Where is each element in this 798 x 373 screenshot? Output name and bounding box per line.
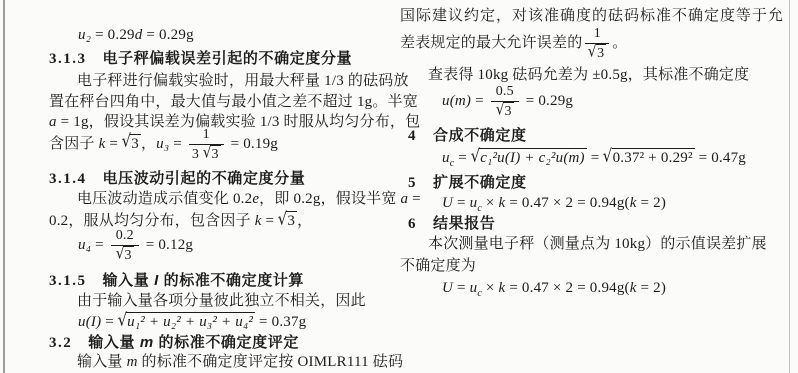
- text-run: 电子秤进行偏载实验时，用最大秤量 1/3 的砝码放: [77, 73, 409, 89]
- text-run: 不确定度为: [400, 258, 476, 274]
- formula-um: u(m) = 0.5√3 = 0.29g: [442, 82, 573, 120]
- sqrt-symbol: √: [588, 43, 597, 63]
- fraction-numerator: 0.5: [491, 84, 519, 102]
- fraction-denominator: √3: [585, 44, 609, 62]
- fraction-numerator: 0.2: [111, 228, 139, 246]
- page-edge-line-right: [789, 0, 790, 373]
- para-r6-line2: 不确定度为: [400, 256, 476, 277]
- variable: m: [127, 354, 138, 370]
- radicand: u₁² + u₂² + u₃² + u₄²: [126, 312, 255, 330]
- heading-title: 输入量: [88, 334, 140, 351]
- sqrt-radical: √3: [122, 136, 141, 152]
- text-run: ，: [141, 136, 156, 152]
- sqrt-radical: √3: [116, 248, 134, 263]
- text-run: =: [587, 150, 604, 166]
- text-run: = 0.19g: [227, 136, 278, 152]
- right-column: 国际建议约定，对该准确度的砝码标准不确定度等于允 差表规定的最大允许误差的1√3…: [400, 0, 788, 373]
- text-run: 的标准不确定度评定按 OIMLR111 砝码: [138, 354, 404, 370]
- text-run: = 0.37g: [255, 314, 306, 330]
- para-r1-line2: 差表规定的最大允许误差的1√3。: [400, 24, 628, 62]
- heading-3-1-3: 3.1.3电子秤偏载误差引起的不确定度分量: [49, 48, 352, 70]
- variable: k: [630, 195, 637, 211]
- left-column: u₂ = 0.29d = 0.29g 3.1.3电子秤偏载误差引起的不确定度分量…: [49, 0, 397, 373]
- text-run: =: [101, 314, 118, 330]
- sqrt-radical: √3: [278, 213, 297, 229]
- fraction-denominator: √3: [491, 102, 519, 120]
- heading-3-1-4: 3.1.4电压波动引起的不确定度分量: [49, 168, 305, 190]
- text-run: ，: [297, 213, 312, 229]
- heading-4: 4合成不确定度: [408, 125, 527, 147]
- text-run: =: [454, 150, 471, 166]
- heading-3-2: 3.2输入量 m 的标准不确定度评定: [49, 332, 299, 354]
- text-run: = 0.47g: [695, 150, 746, 166]
- fraction: 13 √3: [189, 127, 224, 163]
- text-run: = 0.47 × 2 = 0.94g(: [505, 195, 629, 211]
- formula-uI: u(I) = √u₁² + u₂² + u₃² + u₄² = 0.37g: [78, 310, 306, 334]
- heading-title: 结果报告: [433, 215, 495, 232]
- heading-number: 3.1.5: [49, 273, 87, 289]
- heading-title: 的标准不确定度评定: [154, 334, 299, 351]
- text-run: = 0.47 × 2 = 0.94g(: [505, 280, 629, 296]
- heading-number: 5: [408, 175, 417, 191]
- sqrt-symbol: √: [115, 245, 124, 265]
- text-run: ×: [482, 280, 499, 296]
- heading-title: 输入量: [103, 272, 155, 289]
- radicand: 3: [596, 44, 606, 61]
- sqrt-symbol: √: [471, 142, 481, 171]
- heading-number: 3.1.4: [49, 171, 87, 187]
- heading-title: 电压波动引起的不确定度分量: [103, 170, 306, 187]
- para-314-line1: 电压波动造成示值变化 0.2e，即 0.2g，假设半宽 a =: [77, 189, 421, 210]
- para-32-line1: 输入量 m 的标准不确定度评定按 OIMLR111 砝码: [77, 352, 403, 373]
- fraction-numerator: 1: [585, 26, 609, 44]
- heading-3-1-5: 3.1.5输入量 I 的标准不确定度计算: [49, 270, 304, 292]
- heading-number: 3.1.3: [49, 51, 87, 67]
- text-run: =: [453, 195, 470, 211]
- text-run: 查表得 10kg 砝码允差为 ±0.5g，其标准不确定度: [428, 67, 749, 83]
- fraction: 0.2√3: [111, 228, 139, 264]
- text-run: 。: [612, 35, 627, 51]
- text-run: =: [91, 237, 108, 253]
- variable: m: [140, 334, 154, 351]
- fraction: 1√3: [585, 26, 609, 62]
- text-run: 电压波动造成示值变化 0.2: [77, 191, 252, 207]
- text-run: 含因子: [49, 136, 99, 152]
- text-run: = 0.29: [91, 27, 135, 43]
- text-run: ，即 0.2g，假设半宽: [259, 191, 400, 207]
- radicand: c₁²u(I) + c₂²u(m): [479, 148, 587, 166]
- sqrt-symbol: √: [278, 207, 288, 233]
- radicand: 0.37² + 0.29²: [612, 148, 695, 166]
- text-run: =: [453, 280, 470, 296]
- variable: u₃: [156, 136, 169, 152]
- para-r6-line1: 本次测量电子秤（测量点为 10kg）的示值误差扩展: [428, 234, 767, 255]
- fraction: 0.5√3: [491, 84, 519, 120]
- sqrt-symbol: √: [202, 144, 211, 164]
- page-edge-line-left: [3, 0, 5, 373]
- sqrt-symbol: √: [603, 142, 613, 171]
- fraction-denominator: 3 √3: [189, 145, 224, 163]
- formula-u2: u₂ = 0.29d = 0.29g: [78, 25, 194, 46]
- para-313-line1: 电子秤进行偏载实验时，用最大秤量 1/3 的砝码放: [77, 71, 409, 92]
- heading-number: 4: [408, 128, 417, 144]
- variable: U: [442, 195, 453, 211]
- document-page: u₂ = 0.29d = 0.29g 3.1.3电子秤偏载误差引起的不确定度分量…: [0, 0, 798, 373]
- sqrt-symbol: √: [118, 306, 128, 335]
- variable: u(m): [442, 93, 471, 109]
- text-run: =: [169, 136, 186, 152]
- sqrt-radical: √0.37² + 0.29²: [603, 150, 694, 166]
- variable: k: [255, 213, 262, 229]
- formula-u3: 含因子 k = √3，u₃ = 13 √3 = 0.19g: [49, 125, 278, 163]
- sqrt-radical: √u₁² + u₂² + u₃² + u₄²: [118, 314, 255, 330]
- text-run: 差表规定的最大允许误差的: [400, 35, 582, 51]
- sqrt-radical: √3: [588, 46, 606, 61]
- sqrt-radical: √c₁²u(I) + c₂²u(m): [471, 150, 587, 166]
- heading-title: 扩展不确定度: [433, 174, 527, 191]
- variable: k: [630, 280, 637, 296]
- fraction-denominator: √3: [111, 246, 139, 264]
- text-run: = 2): [637, 280, 666, 296]
- variable: u₄: [78, 237, 91, 253]
- text-run: = 0.29g: [142, 27, 193, 43]
- formula-U-result: U = uc × k = 0.47 × 2 = 0.94g(k = 2): [442, 278, 666, 304]
- para-313-line2: 置在秤台四角中，最大值与最小值之差不超过 1g。半宽: [49, 92, 418, 113]
- sqrt-radical: √3: [203, 147, 221, 162]
- text-run: = 0.12g: [142, 237, 193, 253]
- sqrt-radical: √3: [496, 104, 514, 119]
- formula-u4: u₄ = 0.2√3 = 0.12g: [78, 226, 193, 264]
- heading-number: 3.2: [49, 335, 72, 351]
- sqrt-symbol: √: [122, 118, 132, 164]
- variable: u₂: [78, 27, 91, 43]
- heading-title: 电子秤偏载误差引起的不确定度分量: [103, 50, 353, 67]
- radicand: 3: [130, 134, 141, 152]
- text-run: ×: [482, 195, 499, 211]
- text-run: = 0.29g: [522, 93, 573, 109]
- variable: U: [442, 280, 453, 296]
- heading-number: 6: [408, 216, 417, 232]
- heading-6: 6结果报告: [408, 213, 495, 235]
- text-run: 3: [192, 147, 203, 162]
- heading-title: 的标准不确定度计算: [159, 272, 304, 289]
- radicand: 3: [286, 211, 297, 229]
- text-run: 国际建议约定，对该准确度的砝码标准不确定度等于允: [400, 8, 784, 24]
- text-run: =: [471, 93, 488, 109]
- text-run: 输入量: [77, 354, 127, 370]
- heading-5: 5扩展不确定度: [408, 172, 527, 194]
- text-run: = 2): [637, 195, 666, 211]
- text-run: =: [262, 213, 279, 229]
- fraction-numerator: 1: [189, 127, 224, 145]
- variable: u: [442, 150, 450, 166]
- text-run: =: [105, 136, 122, 152]
- text-run: 置在秤台四角中，最大值与最小值之差不超过 1g。半宽: [49, 94, 418, 110]
- variable: u(I): [78, 314, 101, 330]
- sqrt-symbol: √: [495, 101, 504, 121]
- text-run: 本次测量电子秤（测量点为 10kg）的示值误差扩展: [428, 236, 767, 252]
